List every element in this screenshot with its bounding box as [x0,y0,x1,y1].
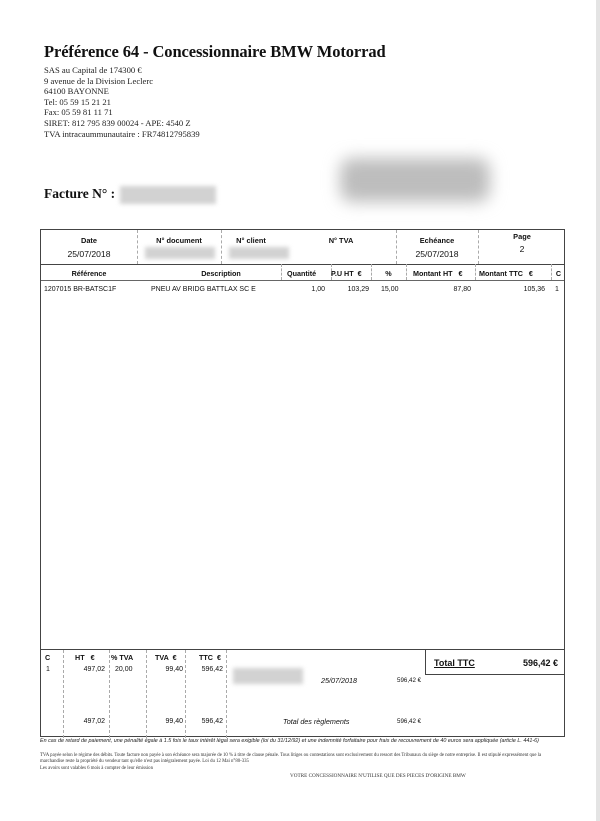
vat-row-rate: 20,00 [115,666,133,673]
divider [406,264,407,280]
col-description: Description [161,269,281,278]
col-discount: % [371,269,406,278]
vat-row-ht: 497,02 [63,666,105,673]
page-edge [596,0,600,821]
invoice-number-label: Facture N° : [44,186,115,202]
capital-line: SAS au Capital de 174300 € [44,65,200,76]
vat-row-c: 1 [46,666,50,673]
vat-col-ht: HT € [75,653,95,662]
col-amount-ttc: Montant TTC € [479,269,551,278]
vat-total-ht: 497,02 [63,718,105,725]
street-line: 9 avenue de la Division Leclerc [44,76,200,87]
divider [109,650,110,738]
vat-row-tva: 99,40 [146,666,183,673]
payment-amount: 596,42 € [397,677,421,684]
row-amount-ttc: 105,36 [481,286,545,293]
page-label: Page [478,232,566,241]
date-label: Date [41,236,137,245]
company-address: SAS au Capital de 174300 € 9 avenue de l… [44,65,200,139]
date-value: 25/07/2018 [41,249,137,259]
company-title: Préférence 64 - Concessionnaire BMW Moto… [44,42,386,62]
col-c: C [551,269,566,278]
vat-number-label: N° TVA [301,236,381,245]
total-ttc-label: Total TTC [434,658,475,668]
vat-total-tva: 99,40 [146,718,183,725]
payments-total-label: Total des règlements [283,717,349,726]
vat-col-rate: % TVA [111,653,133,662]
credits-notice: Les avoirs sont valables 6 mois à compte… [40,766,560,772]
divider [475,264,476,280]
row-description: PNEU AV BRIDG BATTLAX SC E [151,286,256,293]
due-date-value: 25/07/2018 [396,249,478,259]
client-number-redacted [229,247,289,259]
document-number-redacted [145,247,215,259]
vat-line: TVA intracaummunautaire : FR74812795839 [44,129,200,140]
payments-total-amount: 596,42 € [397,718,421,725]
vat-col-ttc: TTC € [199,653,221,662]
row-amount-ht: 87,80 [411,286,471,293]
total-ttc-value: 596,42 € [523,658,558,668]
vat-col-tva: TVA € [155,653,177,662]
fax-line: Fax: 05 59 81 11 71 [44,107,200,118]
row-c: 1 [555,286,559,293]
row-reference: 1207015 BR-BATSC1F [44,286,116,293]
column-header-divider [41,280,564,281]
due-date-label: Echéance [396,236,478,245]
header-divider [41,264,564,265]
invoice-number-redacted [120,186,216,204]
bmw-notice: VOTRE CONCESSIONNAIRE N'UTILISE QUE DES … [290,773,560,779]
row-unit-price: 103,29 [331,286,369,293]
client-number-label: N° client [221,236,281,245]
city-line: 64100 BAYONNE [44,86,200,97]
phone-line: Tel: 05 59 15 21 21 [44,97,200,108]
terms-notice: TVA payée selon le régime des débits. To… [40,753,560,766]
col-amount-ht: Montant HT € [413,269,475,278]
recipient-address-redacted [340,158,490,202]
row-quantity: 1,00 [281,286,325,293]
payment-date: 25/07/2018 [321,676,357,685]
late-payment-notice: En cas de retard de paiement, une pénali… [40,738,560,744]
total-ttc-box: Total TTC 596,42 € [425,649,565,675]
divider [281,264,282,280]
col-quantity: Quantité [287,269,327,278]
document-number-label: N° document [137,236,221,245]
row-discount: 15,00 [381,286,399,293]
col-unit-price: P.U HT € [331,269,371,278]
vat-row-ttc: 596,42 [185,666,223,673]
invoice-page: Préférence 64 - Concessionnaire BMW Moto… [0,0,596,821]
vat-col-c: C [45,653,50,662]
payment-method-redacted [233,668,303,684]
page-value: 2 [478,244,566,254]
vat-total-ttc: 596,42 [185,718,223,725]
divider [226,650,227,738]
siret-line: SIRET: 812 795 839 00024 - APE: 4540 Z [44,118,200,129]
col-reference: Référence [41,269,137,278]
